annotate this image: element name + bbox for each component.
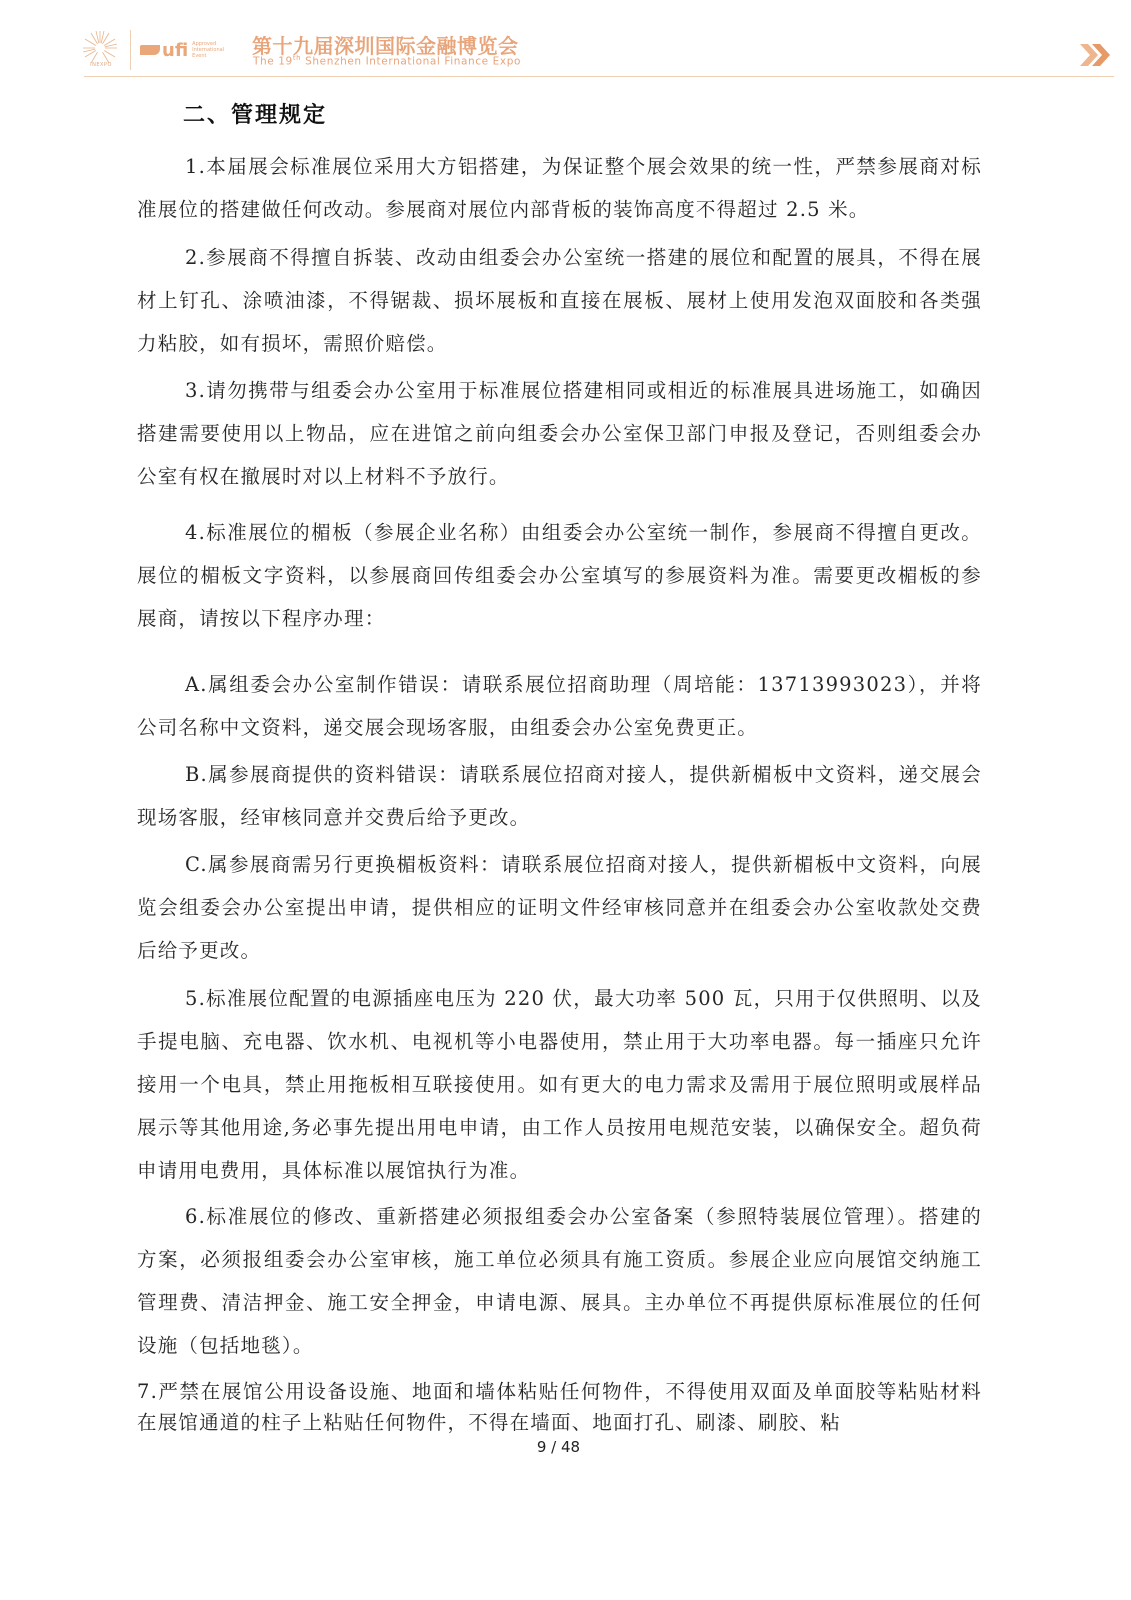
paragraph-text: A.属组委会办公室制作错误：请联系展位招商助理（周培能：13713993023）… (137, 673, 982, 739)
page-indicator: 9 / 48 (0, 1438, 1117, 1456)
expo-title-en-sup: th (293, 54, 301, 62)
paragraph-2: 2.参展商不得擅自拆装、改动由组委会办公室统一搭建的展位和配置的展具，不得在展材… (137, 236, 982, 365)
paragraph-text: 5.标准展位配置的电源插座电压为 220 伏，最大功率 500 瓦，只用于仅供照… (137, 987, 982, 1182)
header-divider (130, 30, 131, 70)
paragraph-5: 5.标准展位配置的电源插座电压为 220 伏，最大功率 500 瓦，只用于仅供照… (137, 977, 982, 1192)
ufi-approved-line: Event (192, 53, 224, 59)
section-title: 二、管理规定 (183, 98, 327, 129)
paragraph-text: 6.标准展位的修改、重新搭建必须报组委会办公室备案（参照特装展位管理）。搭建的方… (137, 1205, 982, 1357)
paragraph-text: 3.请勿携带与组委会办公室用于标准展位搭建相同或相近的标准展具进场施工，如确因搭… (137, 379, 982, 488)
paragraph-4a: A.属组委会办公室制作错误：请联系展位招商助理（周培能：13713993023）… (137, 663, 982, 749)
paragraph-text: C.属参展商需另行更换楣板资料：请联系展位招商对接人，提供新楣板中文资料，向展览… (137, 853, 982, 962)
paragraph-4b: B.属参展商提供的资料错误：请联系展位招商对接人，提供新楣板中文资料，递交展会现… (137, 753, 982, 839)
paragraph-text: 1.本届展会标准展位采用大方铝搭建，为保证整个展会效果的统一性，严禁参展商对标准… (137, 155, 982, 221)
paragraph-text: B.属参展商提供的资料错误：请联系展位招商对接人，提供新楣板中文资料，递交展会现… (137, 763, 982, 829)
paragraph-4: 4.标准展位的楣板（参展企业名称）由组委会办公室统一制作，参展商不得擅自更改。展… (137, 511, 982, 640)
inexpo-logo-text: INEXPO (78, 62, 124, 68)
ufi-approved-text: Approved International Event (192, 41, 224, 59)
double-chevron-right-icon (1080, 44, 1110, 66)
paragraph-6: 6.标准展位的修改、重新搭建必须报组委会办公室备案（参照特装展位管理）。搭建的方… (137, 1195, 982, 1367)
paragraph-4c: C.属参展商需另行更换楣板资料：请联系展位招商对接人，提供新楣板中文资料，向展览… (137, 843, 982, 972)
paragraph-text: 4.标准展位的楣板（参展企业名称）由组委会办公室统一制作，参展商不得擅自更改。展… (137, 521, 982, 630)
inexpo-sunburst-logo-icon (82, 30, 118, 66)
paragraph-text: 7.严禁在展馆公用设备设施、地面和墙体粘贴任何物件，不得使用双面及单面胶等粘贴材… (137, 1380, 982, 1434)
ufi-logo: ufi Approved International Event (140, 38, 224, 62)
paragraph-7: 7.严禁在展馆公用设备设施、地面和墙体粘贴任何物件，不得使用双面及单面胶等粘贴材… (137, 1376, 982, 1438)
header-rule (84, 76, 1114, 77)
paragraph-text: 2.参展商不得擅自拆装、改动由组委会办公室统一搭建的展位和配置的展具，不得在展材… (137, 246, 982, 355)
paragraph-3: 3.请勿携带与组委会办公室用于标准展位搭建相同或相近的标准展具进场施工，如确因搭… (137, 369, 982, 498)
expo-title-en-prefix: The 19 (253, 56, 293, 68)
expo-title-english: The 19th Shenzhen International Finance … (253, 54, 521, 68)
expo-title-en-suffix: Shenzhen International Finance Expo (301, 56, 521, 68)
document-header: INEXPO ufi Approved International Event … (0, 0, 1131, 90)
paragraph-1: 1.本届展会标准展位采用大方铝搭建，为保证整个展会效果的统一性，严禁参展商对标准… (137, 145, 982, 231)
ufi-mark-icon (140, 45, 160, 55)
ufi-label: ufi (162, 40, 188, 61)
